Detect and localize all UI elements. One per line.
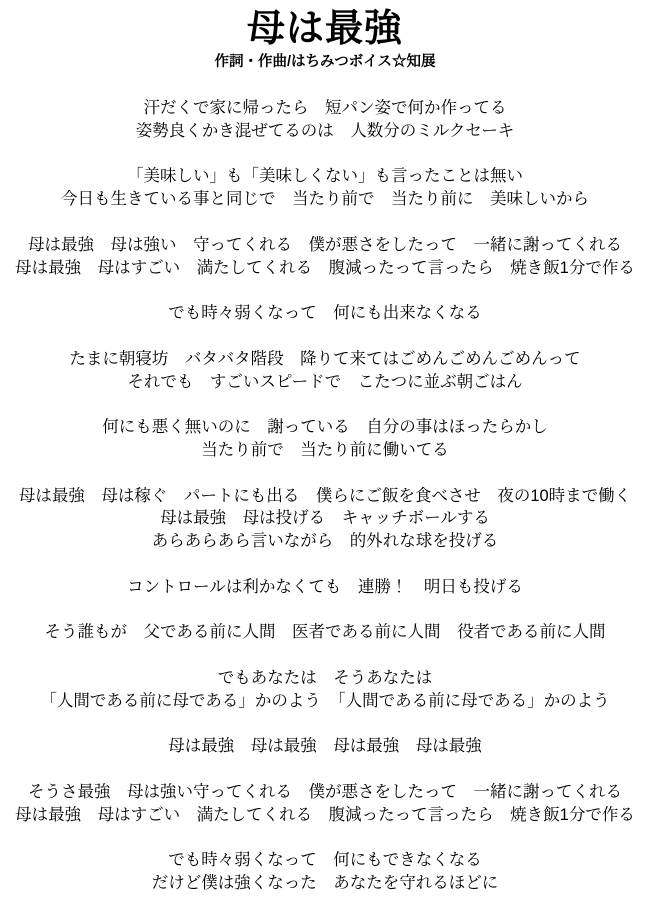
- stanza: 何にも悪く無いのに 謝っている 自分の事はほったらかし当たり前で 当たり前に働い…: [0, 416, 650, 462]
- lyric-line: だけど僕は強くなった あなたを守れるほどに: [0, 872, 650, 895]
- lyric-line: でもあなたは そうあなたは: [0, 667, 650, 690]
- lyric-line: 姿勢良くかき混ぜてるのは 人数分のミルクセーキ: [0, 120, 650, 143]
- lyric-line: 「美味しい」も「美味しくない」も言ったことは無い: [0, 165, 650, 188]
- stanza: 汗だくで家に帰ったら 短パン姿で何か作ってる姿勢良くかき混ぜてるのは 人数分のミ…: [0, 97, 650, 143]
- lyrics-page: 母は最強 作詞・作曲/はちみつボイス☆知展 汗だくで家に帰ったら 短パン姿で何か…: [0, 0, 650, 919]
- lyric-line: そうさ最強 母は強い守ってくれる 僕が悪さをしたって 一緒に謝ってくれる: [0, 781, 650, 804]
- lyric-line: 母は最強 母は稼ぐ パートにも出る 僕らにご飯を食べさせ 夜の10時まで働く: [0, 485, 650, 508]
- page-title: 母は最強: [0, 6, 650, 52]
- lyric-line: あらあらあら言いながら 的外れな球を投げる: [0, 530, 650, 553]
- lyric-line: 母は最強 母は最強 母は最強 母は最強: [0, 735, 650, 758]
- lyric-line: 「人間である前に母である」かのよう 「人間である前に母である」かのよう: [0, 690, 650, 713]
- stanza: でも時々弱くなって 何にもできなくなるだけど僕は強くなった あなたを守れるほどに: [0, 849, 650, 895]
- credit-line: 作詞・作曲/はちみつボイス☆知展: [0, 52, 650, 72]
- lyrics-body: 汗だくで家に帰ったら 短パン姿で何か作ってる姿勢良くかき混ぜてるのは 人数分のミ…: [0, 97, 650, 895]
- stanza: コントロールは利かなくても 連勝！ 明日も投げる: [0, 576, 650, 599]
- lyric-line: 母は最強 母はすごい 満たしてくれる 腹減ったって言ったら 焼き飯1分で作る: [0, 257, 650, 280]
- stanza: でもあなたは そうあなたは「人間である前に母である」かのよう 「人間である前に母…: [0, 667, 650, 713]
- stanza: そうさ最強 母は強い守ってくれる 僕が悪さをしたって 一緒に謝ってくれる母は最強…: [0, 781, 650, 827]
- lyric-line: 何にも悪く無いのに 謝っている 自分の事はほったらかし: [0, 416, 650, 439]
- lyric-line: 母は最強 母は投げる キャッチボールする: [0, 507, 650, 530]
- lyric-line: コントロールは利かなくても 連勝！ 明日も投げる: [0, 576, 650, 599]
- stanza: でも時々弱くなって 何にも出来なくなる: [0, 302, 650, 325]
- lyric-line: 当たり前で 当たり前に働いてる: [0, 439, 650, 462]
- lyric-line: それでも すごいスピードで こたつに並ぶ朝ごはん: [0, 371, 650, 394]
- lyric-line: でも時々弱くなって 何にもできなくなる: [0, 849, 650, 872]
- lyric-line: 母は最強 母はすごい 満たしてくれる 腹減ったって言ったら 焼き飯1分で作る: [0, 804, 650, 827]
- lyric-line: 母は最強 母は強い 守ってくれる 僕が悪さをしたって 一緒に謝ってくれる: [0, 234, 650, 257]
- lyric-line: 汗だくで家に帰ったら 短パン姿で何か作ってる: [0, 97, 650, 120]
- stanza: 母は最強 母は最強 母は最強 母は最強: [0, 735, 650, 758]
- stanza: 母は最強 母は稼ぐ パートにも出る 僕らにご飯を食べさせ 夜の10時まで働く母は…: [0, 485, 650, 553]
- lyric-line: そう誰もが 父である前に人間 医者である前に人間 役者である前に人間: [0, 621, 650, 644]
- stanza: 母は最強 母は強い 守ってくれる 僕が悪さをしたって 一緒に謝ってくれる母は最強…: [0, 234, 650, 280]
- stanza: たまに朝寝坊 バタバタ階段 降りて来てはごめんごめんごめんってそれでも すごいス…: [0, 348, 650, 394]
- lyric-line: たまに朝寝坊 バタバタ階段 降りて来てはごめんごめんごめんって: [0, 348, 650, 371]
- lyric-line: 今日も生きている事と同じで 当たり前で 当たり前に 美味しいから: [0, 188, 650, 211]
- lyric-line: でも時々弱くなって 何にも出来なくなる: [0, 302, 650, 325]
- stanza: そう誰もが 父である前に人間 医者である前に人間 役者である前に人間: [0, 621, 650, 644]
- stanza: 「美味しい」も「美味しくない」も言ったことは無い今日も生きている事と同じで 当た…: [0, 165, 650, 211]
